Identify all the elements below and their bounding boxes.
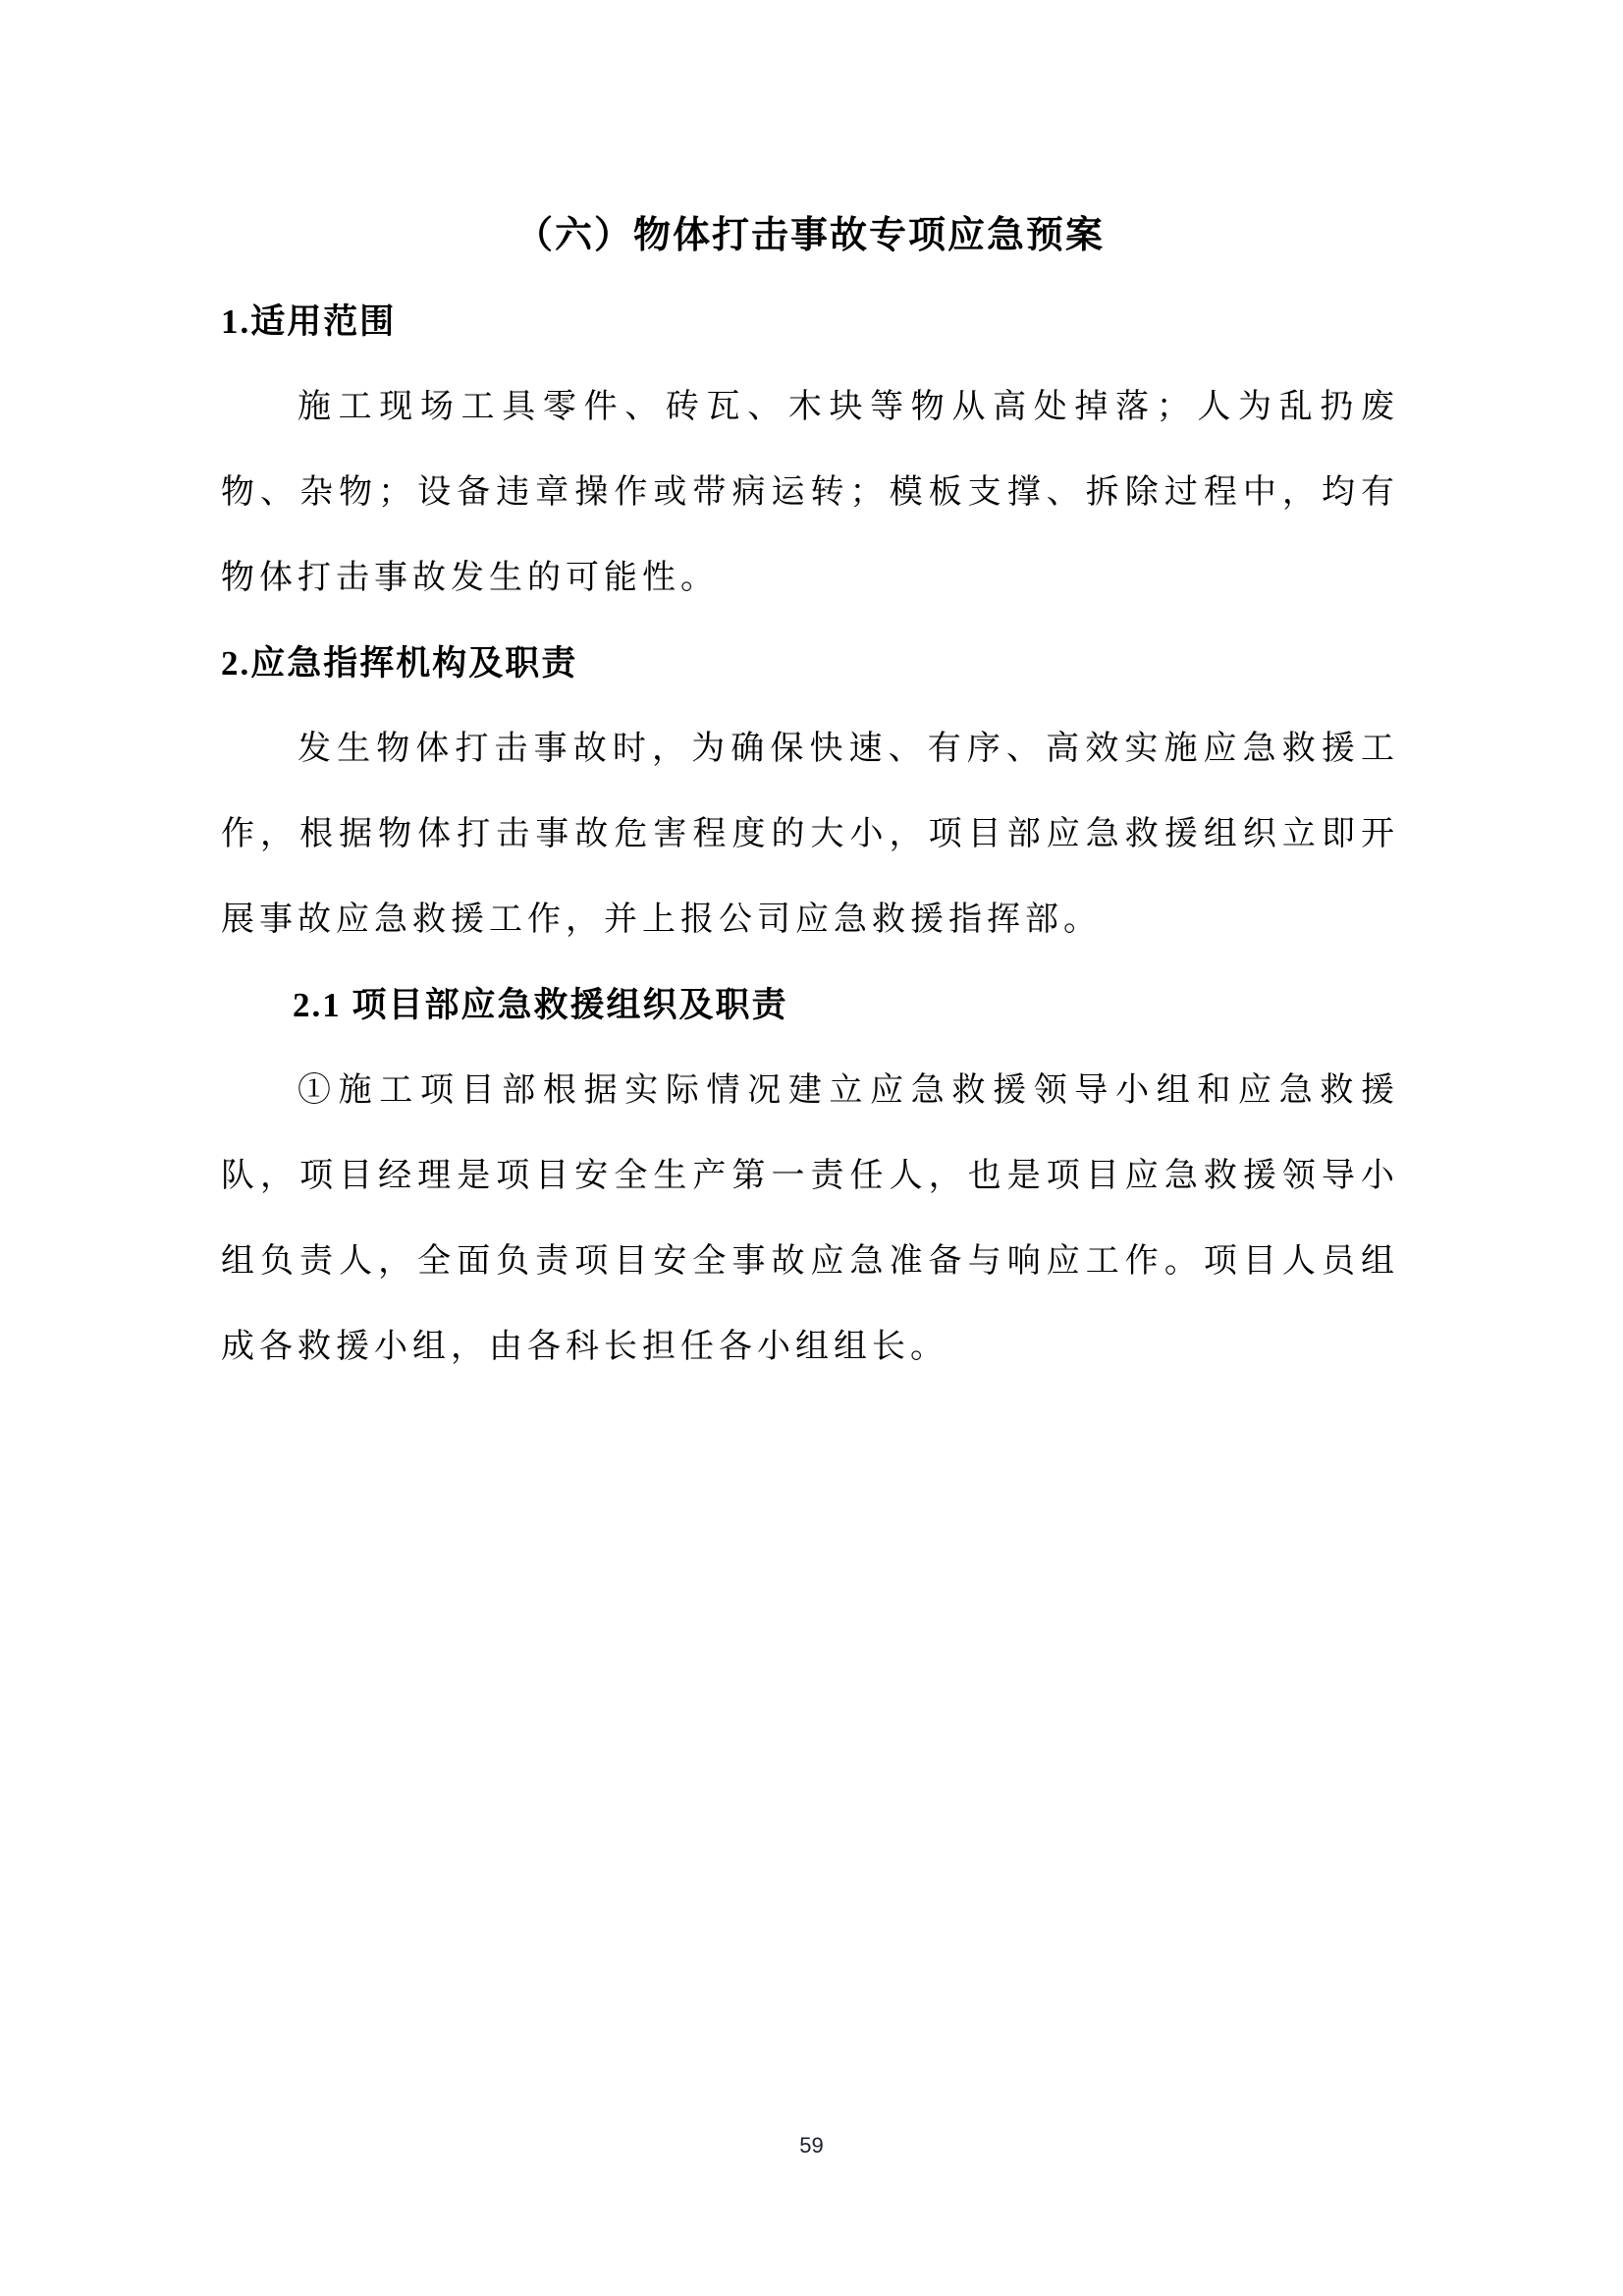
section-1-paragraph: 施工现场工具零件、砖瓦、木块等物从高处掉落；人为乱扔废物、杂物；设备违章操作或带… <box>221 364 1399 621</box>
section-scope: 1.适用范围 施工现场工具零件、砖瓦、木块等物从高处掉落；人为乱扔废物、杂物；设… <box>221 279 1399 621</box>
section-command-structure: 2.应急指挥机构及职责 发生物体打击事故时，为确保快速、有序、高效实施应急救援工… <box>221 621 1399 962</box>
document-body: （六）物体打击事故专项应急预案 1.适用范围 施工现场工具零件、砖瓦、木块等物从… <box>221 193 1399 1390</box>
document-title: （六）物体打击事故专项应急预案 <box>221 193 1399 279</box>
section-2-1-heading: 2.1 项目部应急救援组织及职责 <box>221 962 1399 1048</box>
section-1-heading: 1.适用范围 <box>221 279 1399 364</box>
section-2-1-paragraph: ①施工项目部根据实际情况建立应急救援领导小组和应急救援队，项目经理是项目安全生产… <box>221 1048 1399 1390</box>
section-2-paragraph: 发生物体打击事故时，为确保快速、有序、高效实施应急救援工作，根据物体打击事故危害… <box>221 706 1399 962</box>
page-number: 59 <box>0 2131 1623 2160</box>
document-page: （六）物体打击事故专项应急预案 1.适用范围 施工现场工具零件、砖瓦、木块等物从… <box>0 0 1623 2296</box>
section-2-heading: 2.应急指挥机构及职责 <box>221 621 1399 706</box>
section-project-rescue-org: 2.1 项目部应急救援组织及职责 ①施工项目部根据实际情况建立应急救援领导小组和… <box>221 962 1399 1390</box>
